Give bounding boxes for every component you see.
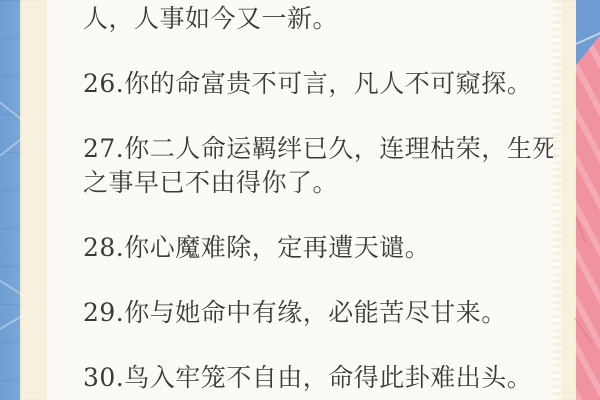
list-item-28: 28.你心魔难除，定再遭天谴。: [83, 231, 548, 265]
left-blue-border: [0, 0, 20, 400]
texture-line: [574, 318, 592, 343]
list-item-26: 26.你的命富贵不可言，凡人不可窥探。: [83, 67, 548, 101]
text-line: 30.鸟入牢笼不自由，命得此卦难出头。: [83, 361, 548, 395]
list-item-continuation: 人，人事如今又一新。: [83, 2, 548, 36]
right-blue-corner: [576, 0, 600, 68]
list-item-27: 27.你二人命运羁绊已久，连理枯荣，生死 之事早已不由得你了。: [83, 132, 548, 200]
torn-edge: [553, 0, 562, 400]
list-item-30: 30.鸟入牢笼不自由，命得此卦难出头。: [83, 361, 548, 395]
texture-line: [576, 218, 586, 243]
text-line: 27.你二人命运羁绊已久，连理枯荣，生死: [83, 132, 548, 166]
texture-line: [573, 32, 600, 46]
fortune-text-image: 人，人事如今又一新。 26.你的命富贵不可言，凡人不可窥探。 27.你二人命运羁…: [0, 0, 600, 400]
text-line: 人，人事如今又一新。: [83, 2, 548, 36]
text-line: 之事早已不由得你了。: [83, 166, 548, 200]
text-line: 26.你的命富贵不可言，凡人不可窥探。: [83, 67, 548, 101]
text-line: 28.你心魔难除，定再遭天谴。: [83, 231, 548, 265]
right-pink-border: [576, 0, 600, 400]
list-item-29: 29.你与她命中有缘，必能苦尽甘来。: [83, 296, 548, 330]
text-line: 29.你与她命中有缘，必能苦尽甘来。: [83, 296, 548, 330]
text-page: 人，人事如今又一新。 26.你的命富贵不可言，凡人不可窥探。 27.你二人命运羁…: [47, 0, 558, 400]
